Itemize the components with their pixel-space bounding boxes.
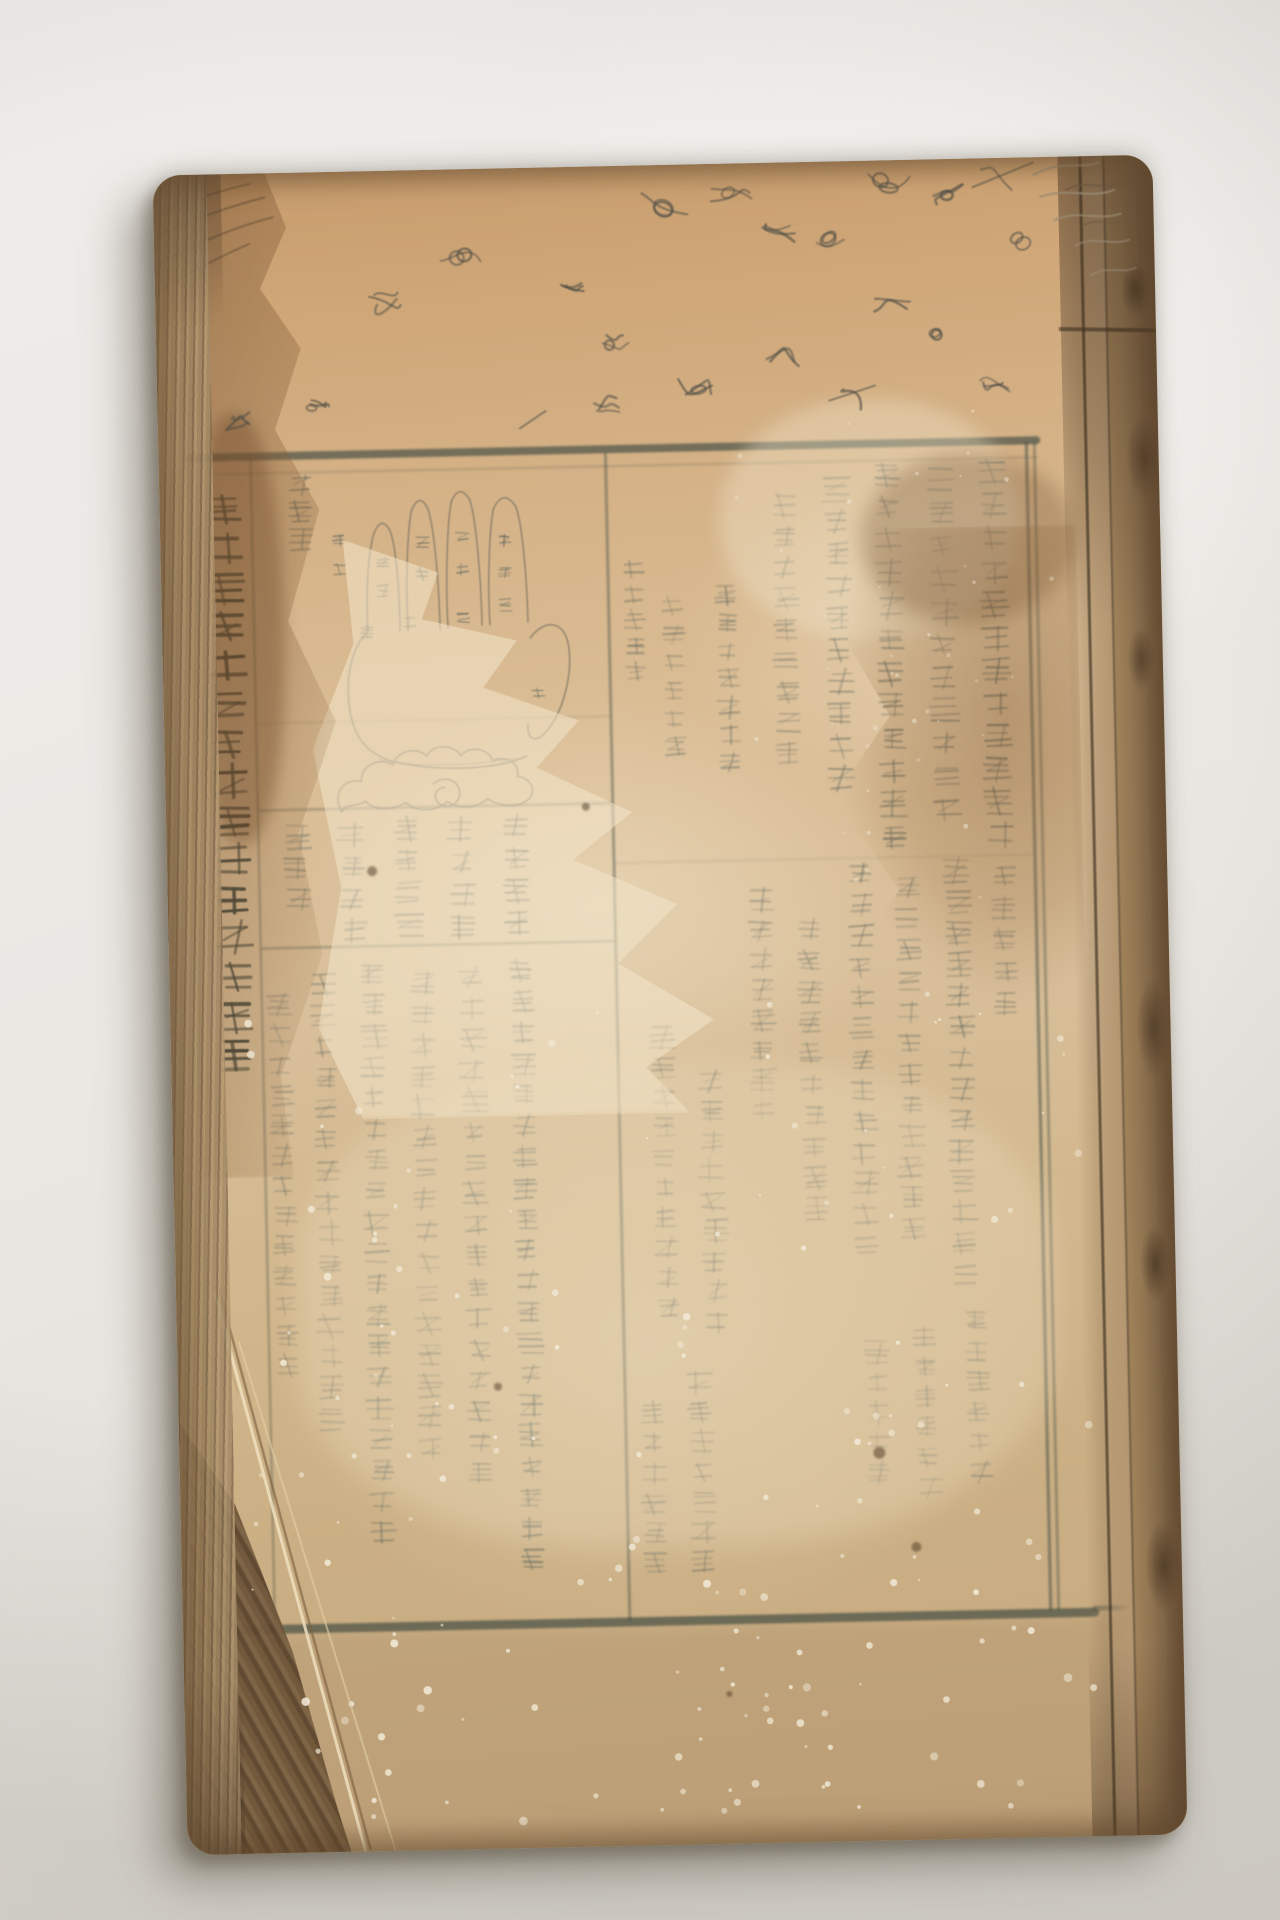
frayed-fiber-tuft [1032,161,1136,277]
page-edge-shadow [153,174,226,395]
page-edge-shadow [180,1604,245,1855]
antique-book-cover [153,155,1188,1856]
pencil-scribbles [219,155,1038,440]
photo-backdrop [0,0,1280,1920]
dark-foxing-spots [366,796,925,1704]
mold-speckles [227,407,1100,1831]
surface-marks-layer [153,155,1188,1856]
